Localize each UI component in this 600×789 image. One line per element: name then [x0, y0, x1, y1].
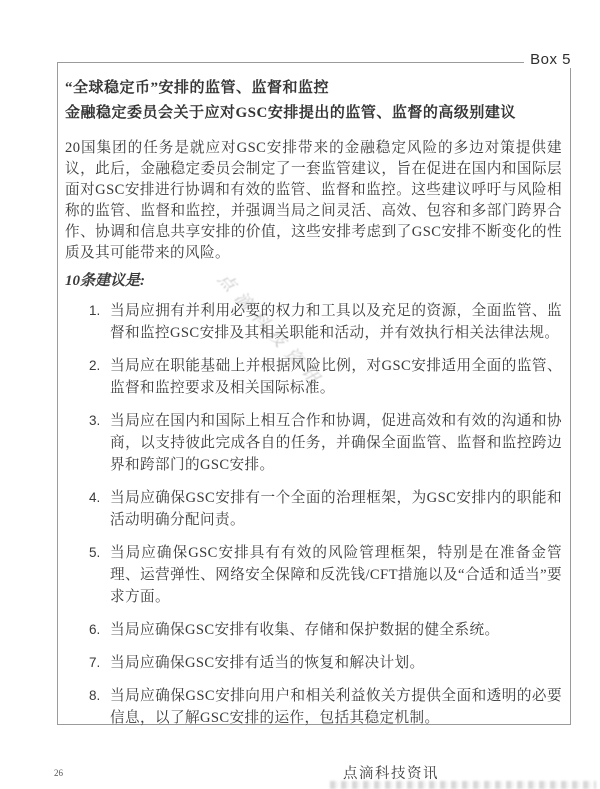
recommendation-number: 3. [89, 410, 110, 476]
recommendation-item: 8. 当局应确保GSC安排向用户和相关利益攸关方提供全面和透明的必要信息，以了解… [65, 685, 562, 729]
recommendation-item: 7. 当局应确保GSC安排有适当的恢复和解决计划。 [65, 652, 562, 674]
recommendation-text: 当局应确保GSC安排有收集、存储和保护数据的健全系统。 [110, 619, 562, 641]
recommendation-number: 4. [89, 487, 110, 531]
box-title-line1: “全球稳定币”安排的监管、监督和监控 [65, 76, 562, 101]
recommendation-number: 7. [89, 652, 110, 674]
recommendation-number: 5. [89, 542, 110, 608]
page-number: 26 [54, 768, 63, 778]
recommendation-text: 当局应在国内和国际上相互合作和协调，促进高效和有效的沟通和协商，以支持彼此完成各… [110, 410, 562, 476]
box-title-line2: 金融稳定委员会关于应对GSC安排提出的监管、监督的高级别建议 [65, 101, 562, 126]
footer-brand-text: 点滴科技资讯 [343, 762, 439, 783]
recommendation-text: 当局应确保GSC安排向用户和相关利益攸关方提供全面和透明的必要信息，以了解GSC… [110, 685, 562, 729]
recommendation-text: 当局应拥有并利用必要的权力和工具以及充足的资源，全面监管、监督和监控GSC安排及… [110, 300, 562, 344]
recommendation-list-intro: 10条建议是: [65, 271, 562, 292]
recommendation-text: 当局应确保GSC安排有一个全面的治理框架，为GSC安排内的职能和活动明确分配问责… [110, 487, 562, 531]
recommendation-list: 1. 当局应拥有并利用必要的权力和工具以及充足的资源，全面监管、监督和监控GSC… [65, 300, 562, 729]
recommendation-item: 3. 当局应在国内和国际上相互合作和协调，促进高效和有效的沟通和协商，以支持彼此… [65, 410, 562, 476]
document-page: { "page": { "box_label": "Box 5", "page_… [0, 0, 600, 789]
recommendation-number: 2. [89, 355, 110, 399]
recommendation-number: 6. [89, 619, 110, 641]
recommendation-item: 6. 当局应确保GSC安排有收集、存储和保护数据的健全系统。 [65, 619, 562, 641]
recommendation-text: 当局应确保GSC安排具有有效的风险管理框架，特别是在准备金管理、运营弹性、网络安… [110, 542, 562, 608]
recommendation-item: 4. 当局应确保GSC安排有一个全面的治理框架，为GSC安排内的职能和活动明确分… [65, 487, 562, 531]
recommendation-item: 1. 当局应拥有并利用必要的权力和工具以及充足的资源，全面监管、监督和监控GSC… [65, 300, 562, 344]
recommendation-item: 2. 当局应在职能基础上并根据风险比例，对GSC安排适用全面的监管、监督和监控要… [65, 355, 562, 399]
recommendation-item: 5. 当局应确保GSC安排具有有效的风险管理框架，特别是在准备金管理、运营弹性、… [65, 542, 562, 608]
recommendation-text: 当局应确保GSC安排有适当的恢复和解决计划。 [110, 652, 562, 674]
box-number-label: Box 5 [524, 51, 574, 68]
recommendation-number: 8. [89, 685, 110, 729]
bottom-blurred-watermark [330, 781, 596, 789]
excerpt-box: Box 5 “全球稳定币”安排的监管、监督和监控 金融稳定委员会关于应对GSC安… [57, 62, 571, 725]
recommendation-number: 1. [89, 300, 110, 344]
intro-paragraph: 20国集团的任务是就应对GSC安排带来的金融稳定风险的多边对策提供建议，此后，金… [65, 138, 562, 264]
recommendation-text: 当局应在职能基础上并根据风险比例，对GSC安排适用全面的监管、监督和监控要求及相… [110, 355, 562, 399]
